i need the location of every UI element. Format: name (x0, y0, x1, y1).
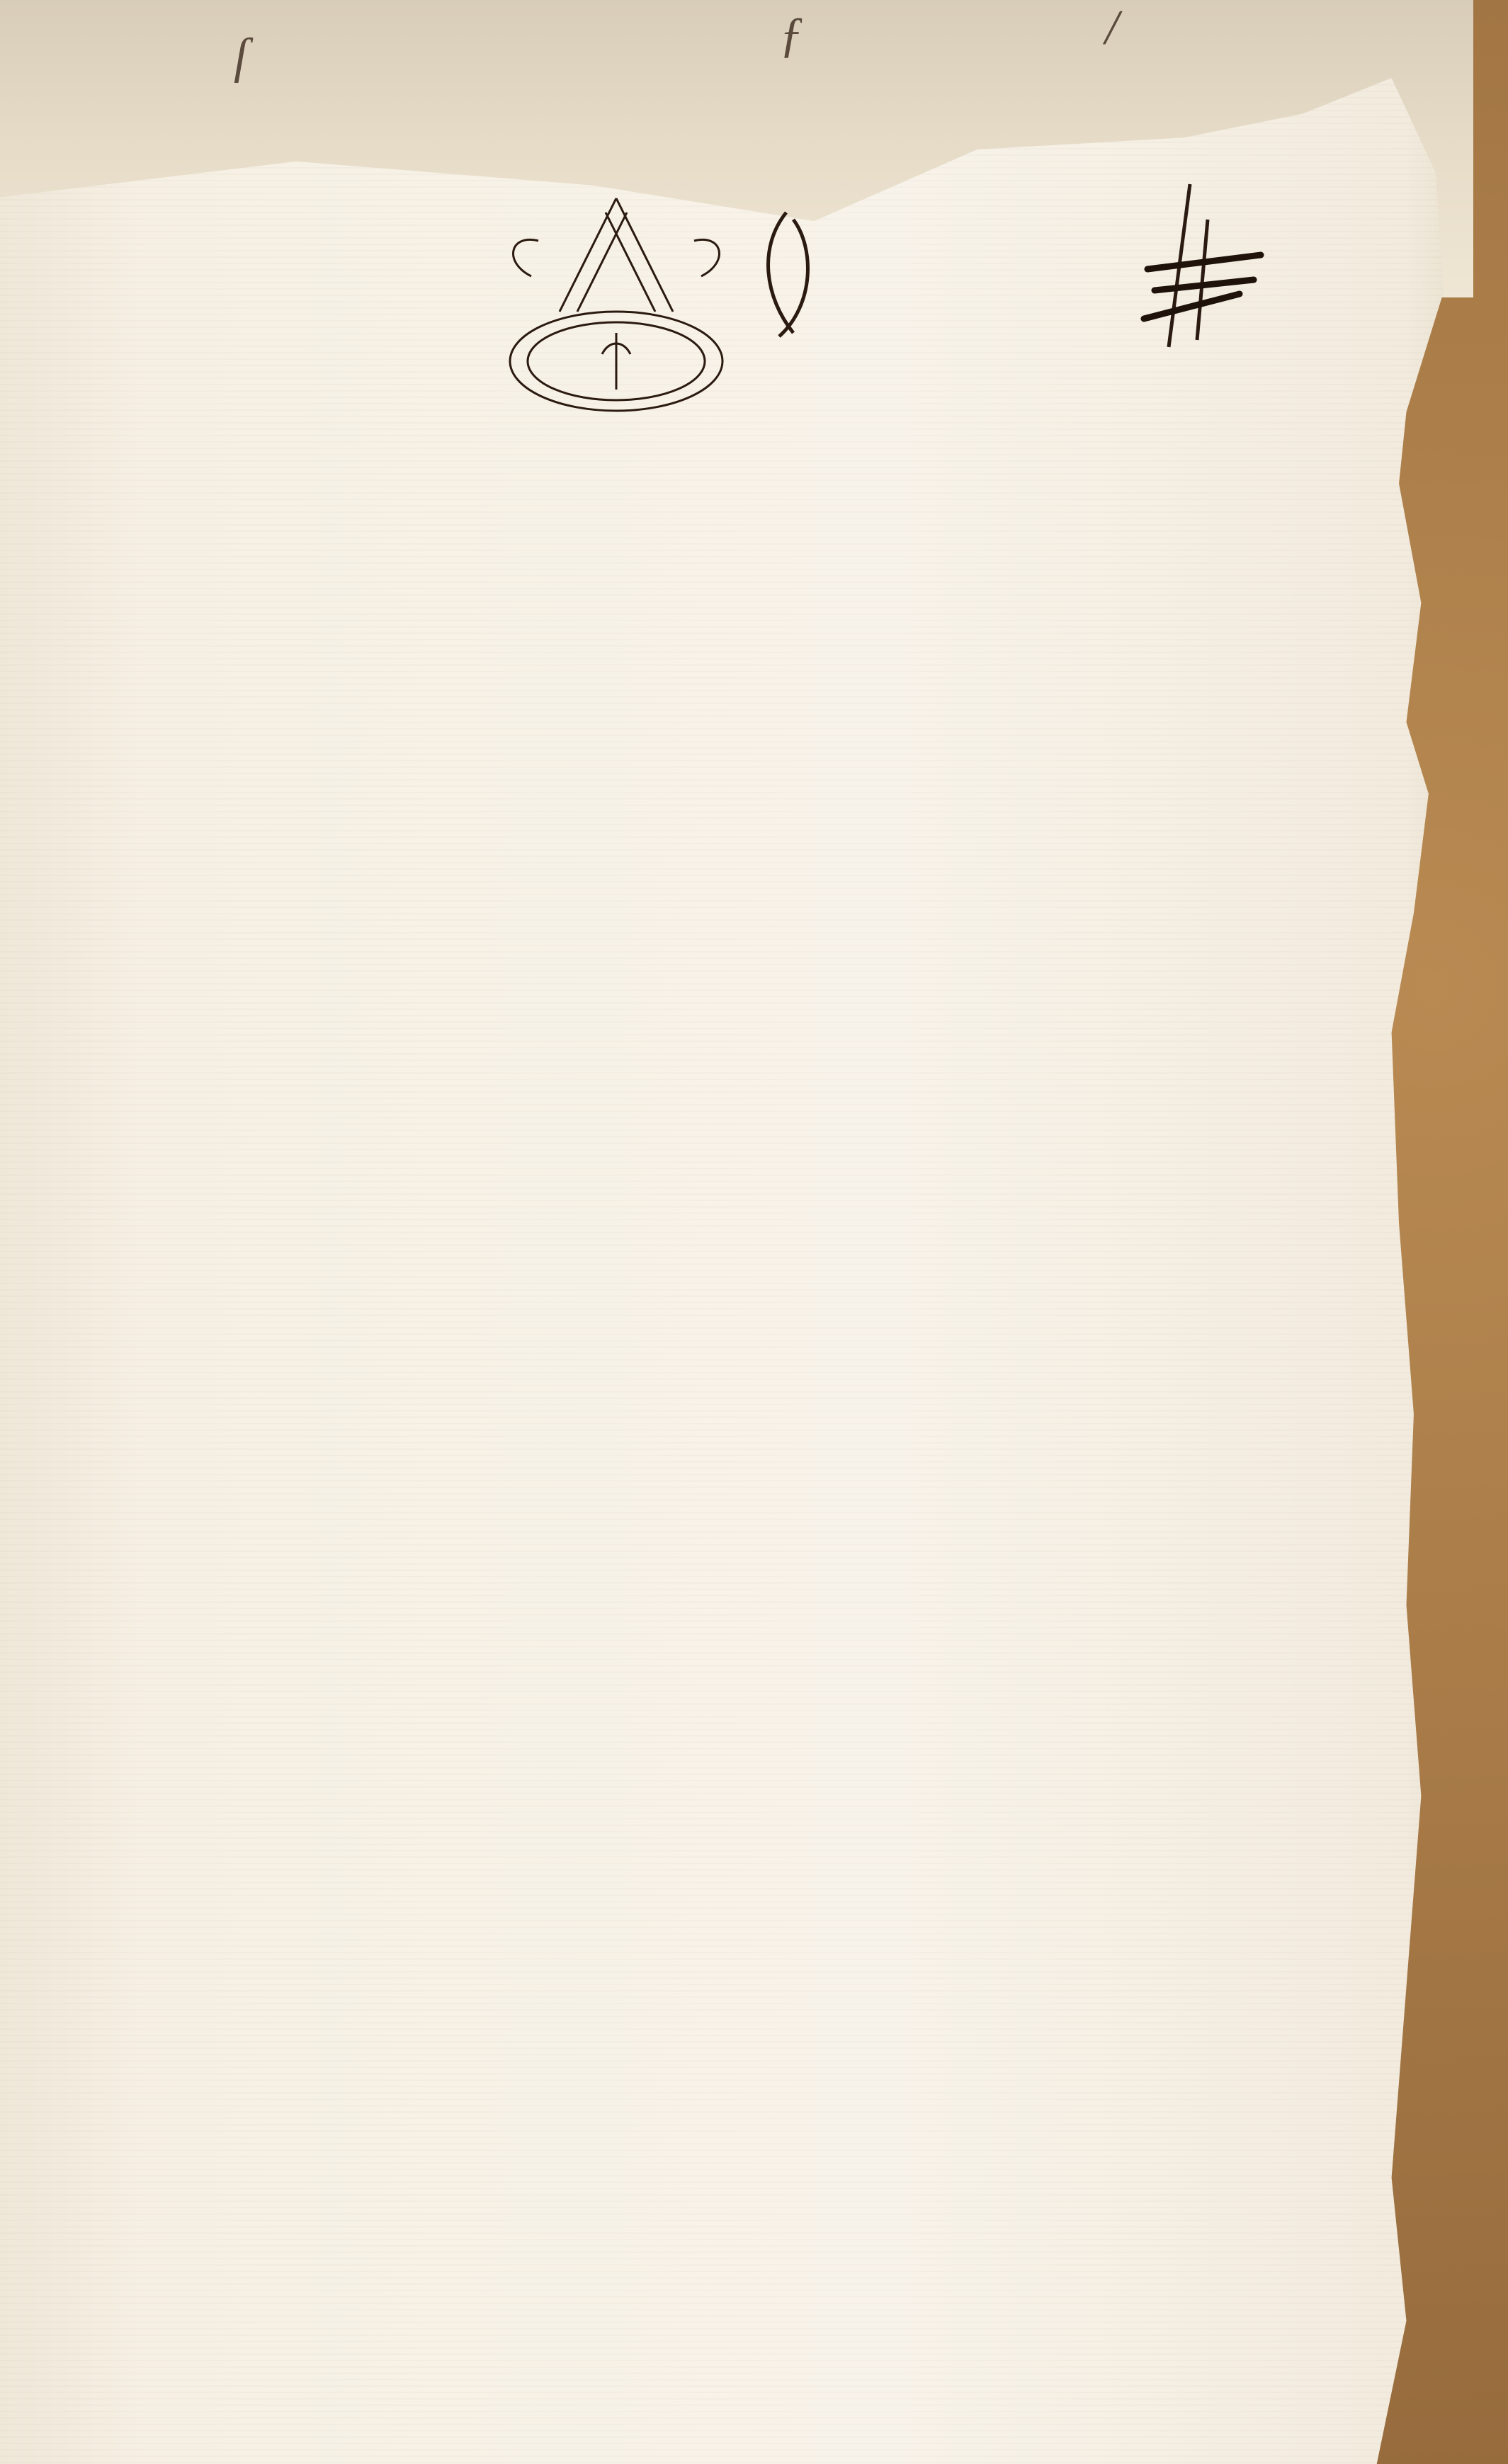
cross-hatch-mark-icon (1140, 177, 1268, 354)
tax-stamp (489, 191, 744, 425)
paraph-mark-icon (744, 205, 843, 347)
ghost-stroke: ƒ (779, 7, 804, 64)
manuscript-page (0, 78, 1480, 2464)
ghost-stroke: ſ (234, 28, 247, 85)
ghost-stroke: / (1105, 0, 1118, 57)
